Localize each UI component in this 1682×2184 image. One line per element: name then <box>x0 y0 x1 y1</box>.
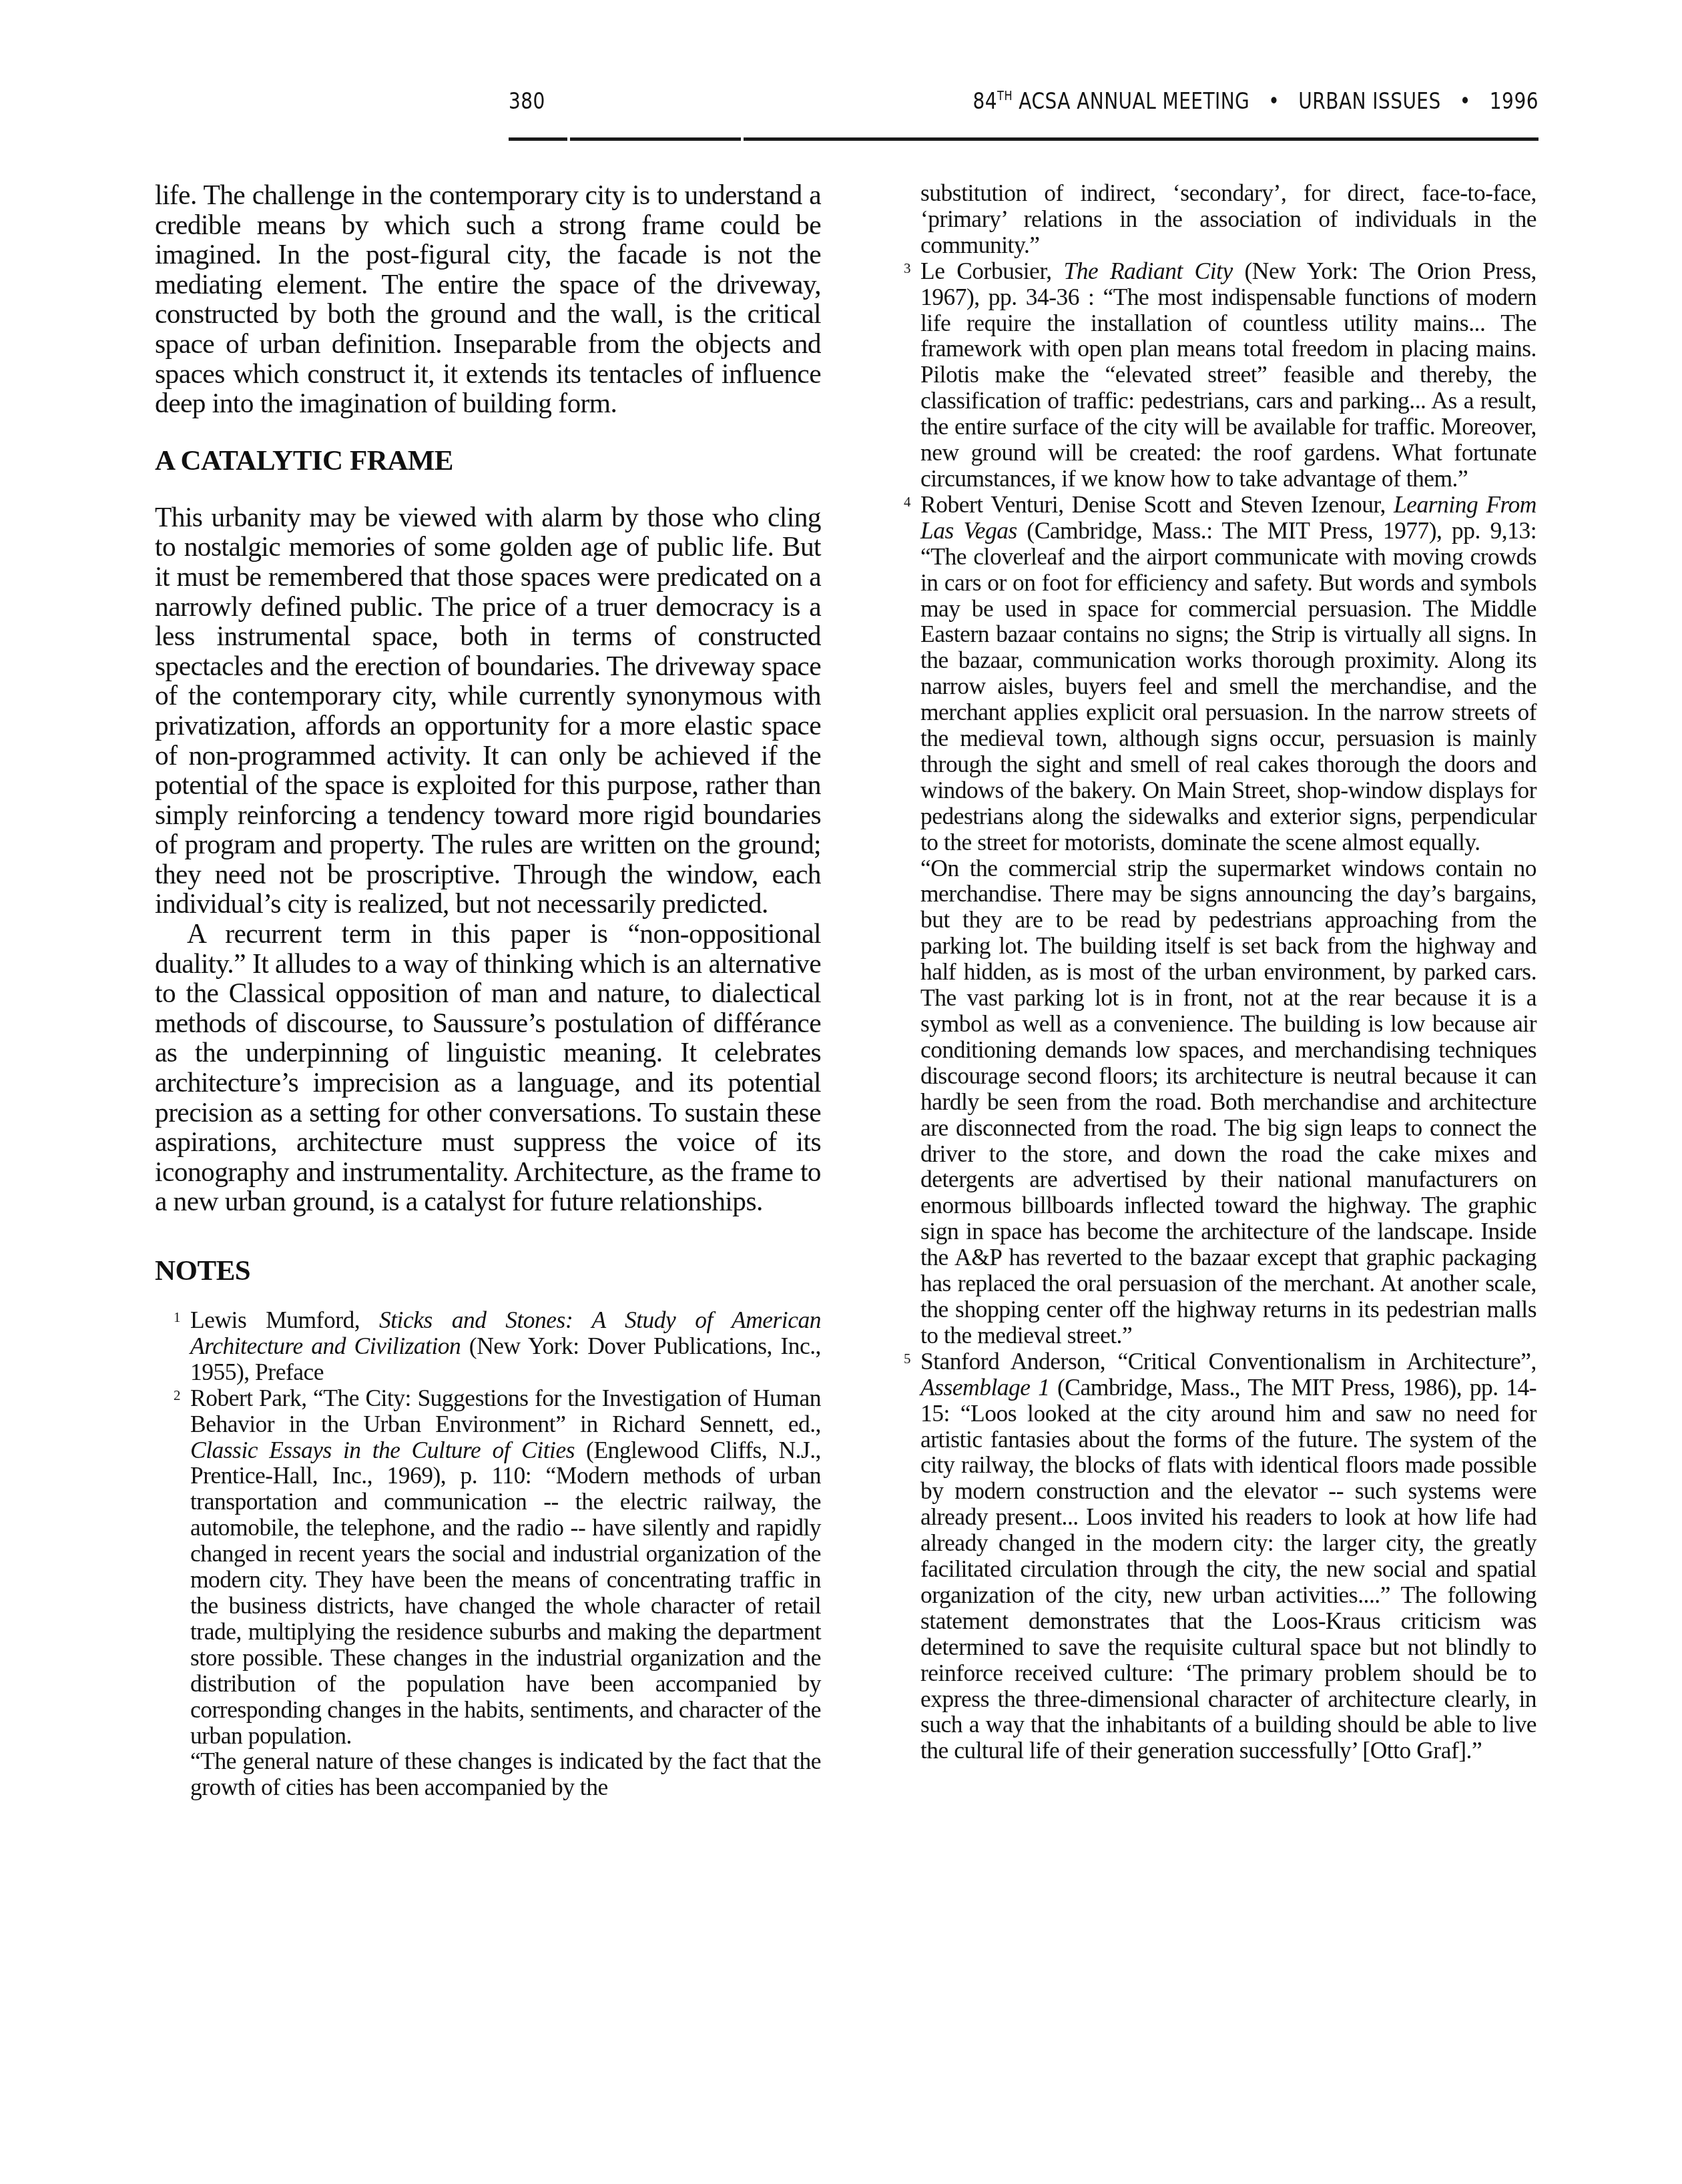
footnote-number: 5 <box>904 1346 910 1372</box>
meeting-name: ACSA ANNUAL MEETING <box>1019 88 1249 114</box>
footnote-2-continued: substitution of indirect, ‘secondary’, f… <box>885 180 1536 258</box>
footnote-3: 3 Le Corbusier, The Radiant City (New Yo… <box>885 258 1536 492</box>
notes-title: NOTES <box>155 1255 821 1287</box>
footnote-4: 4 Robert Venturi, Denise Scott and Steve… <box>885 492 1536 1349</box>
footnote-number: 4 <box>904 489 910 515</box>
footnote-number: 1 <box>174 1305 180 1331</box>
conference-theme: URBAN ISSUES <box>1298 88 1440 114</box>
section-title: A CATALYTIC FRAME <box>155 445 821 477</box>
right-column: substitution of indirect, ‘secondary’, f… <box>885 180 1536 1764</box>
running-head: 84TH ACSA ANNUAL MEETING • URBAN ISSUES … <box>973 88 1538 114</box>
left-column: life. The challenge in the contemporary … <box>155 180 821 1800</box>
footnote-number: 3 <box>904 256 910 282</box>
bullet-separator-icon: • <box>1268 88 1280 114</box>
meeting-ordinal-suffix: TH <box>997 89 1013 103</box>
body-paragraph: This urbanity may be viewed with alarm b… <box>155 502 821 919</box>
footnote-number: 2 <box>174 1383 180 1409</box>
body-paragraph: A recurrent term in this paper is “non-o… <box>155 919 821 1216</box>
page-number: 380 <box>509 88 545 114</box>
footnote-1: 1 Lewis Mumford, Sticks and Stones: A St… <box>155 1307 821 1385</box>
footnote-5: 5 Stanford Anderson, “Critical Conventio… <box>885 1349 1536 1764</box>
cited-title: Classic Essays in the Culture of Cities <box>190 1437 575 1463</box>
intro-paragraph: life. The challenge in the contemporary … <box>155 180 821 418</box>
meeting-ordinal: 84 <box>973 88 998 114</box>
cited-title: The Radiant City <box>1063 258 1232 284</box>
conference-year: 1996 <box>1490 88 1538 114</box>
header-rule <box>509 137 1538 141</box>
bullet-separator-icon: • <box>1460 88 1471 114</box>
cited-title: Assemblage 1 <box>920 1374 1049 1401</box>
running-header: 380 84TH ACSA ANNUAL MEETING • URBAN ISS… <box>509 79 1538 119</box>
footnote-2: 2 Robert Park, “The City: Suggestions fo… <box>155 1385 821 1801</box>
